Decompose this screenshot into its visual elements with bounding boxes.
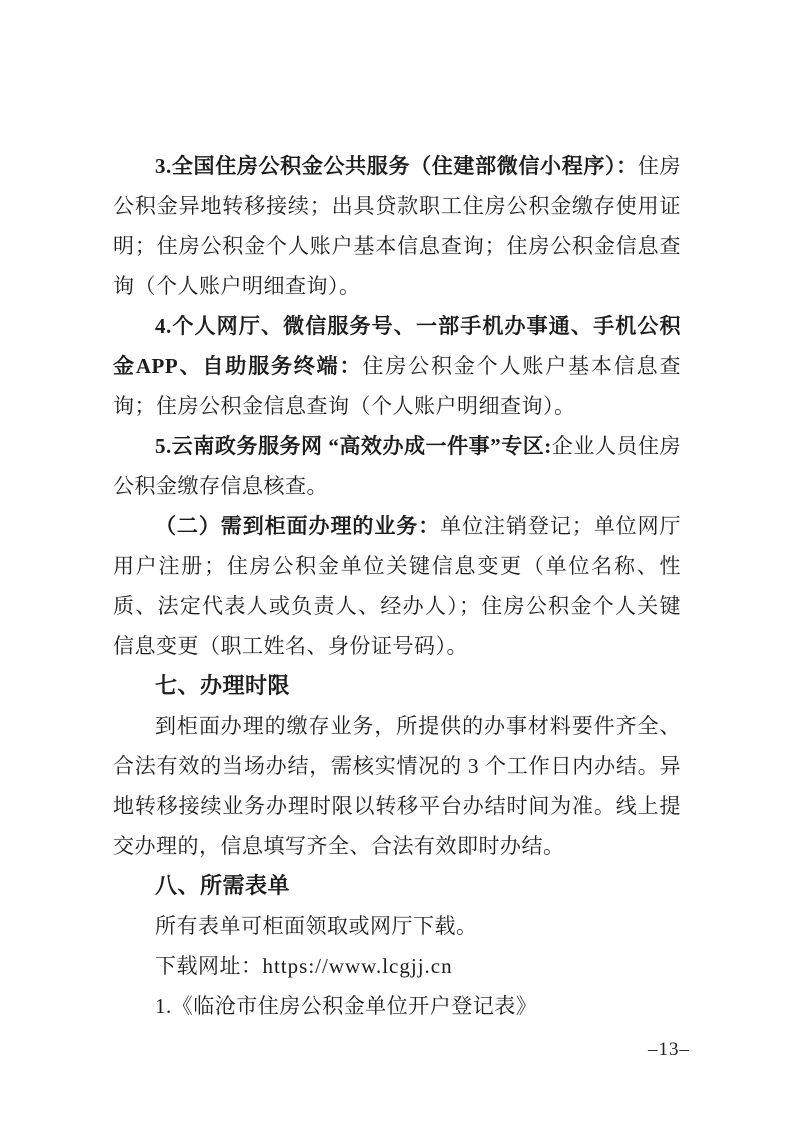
service-item-3: 3.全国住房公积金公共服务（住建部微信小程序）：住房公积金异地转移接续；出具贷款… [113,146,681,306]
service-item-3-lead: 3.全国住房公积金公共服务（住建部微信小程序）： [155,154,638,178]
section-8-heading: 八、所需表单 [113,866,681,906]
service-item-5-lead: 5.云南政务服务网 “高效办成一件事”专区: [155,434,552,458]
page-number: –13– [648,1039,690,1061]
processing-time-paragraph: 到柜面办理的缴存业务，所提供的办事材料要件齐全、合法有效的当场办结，需核实情况的… [113,706,681,866]
counter-services-lead: （二）需到柜面办理的业务： [155,514,440,538]
service-item-4: 4.个人网厅、微信服务号、一部手机办事通、手机公积金APP、自助服务终端：住房公… [113,306,681,426]
document-body: 3.全国住房公积金公共服务（住建部微信小程序）：住房公积金异地转移接续；出具贷款… [113,146,681,1026]
download-url-label: 下载网址： [155,954,263,978]
download-url-line: 下载网址：https://www.lcgjj.cn [113,946,681,986]
download-url: https://www.lcgjj.cn [263,954,453,978]
section-7-heading: 七、办理时限 [113,666,681,706]
form-list-item-1: 1.《临沧市住房公积金单位开户登记表》 [113,986,681,1026]
counter-services-paragraph: （二）需到柜面办理的业务：单位注销登记；单位网厅用户注册；住房公积金单位关键信息… [113,506,681,666]
service-item-5: 5.云南政务服务网 “高效办成一件事”专区:企业人员住房公积金缴存信息核查。 [113,426,681,506]
forms-availability-line: 所有表单可柜面领取或网厅下载。 [113,906,681,946]
document-page: 3.全国住房公积金公共服务（住建部微信小程序）：住房公积金异地转移接续；出具贷款… [0,0,794,1123]
